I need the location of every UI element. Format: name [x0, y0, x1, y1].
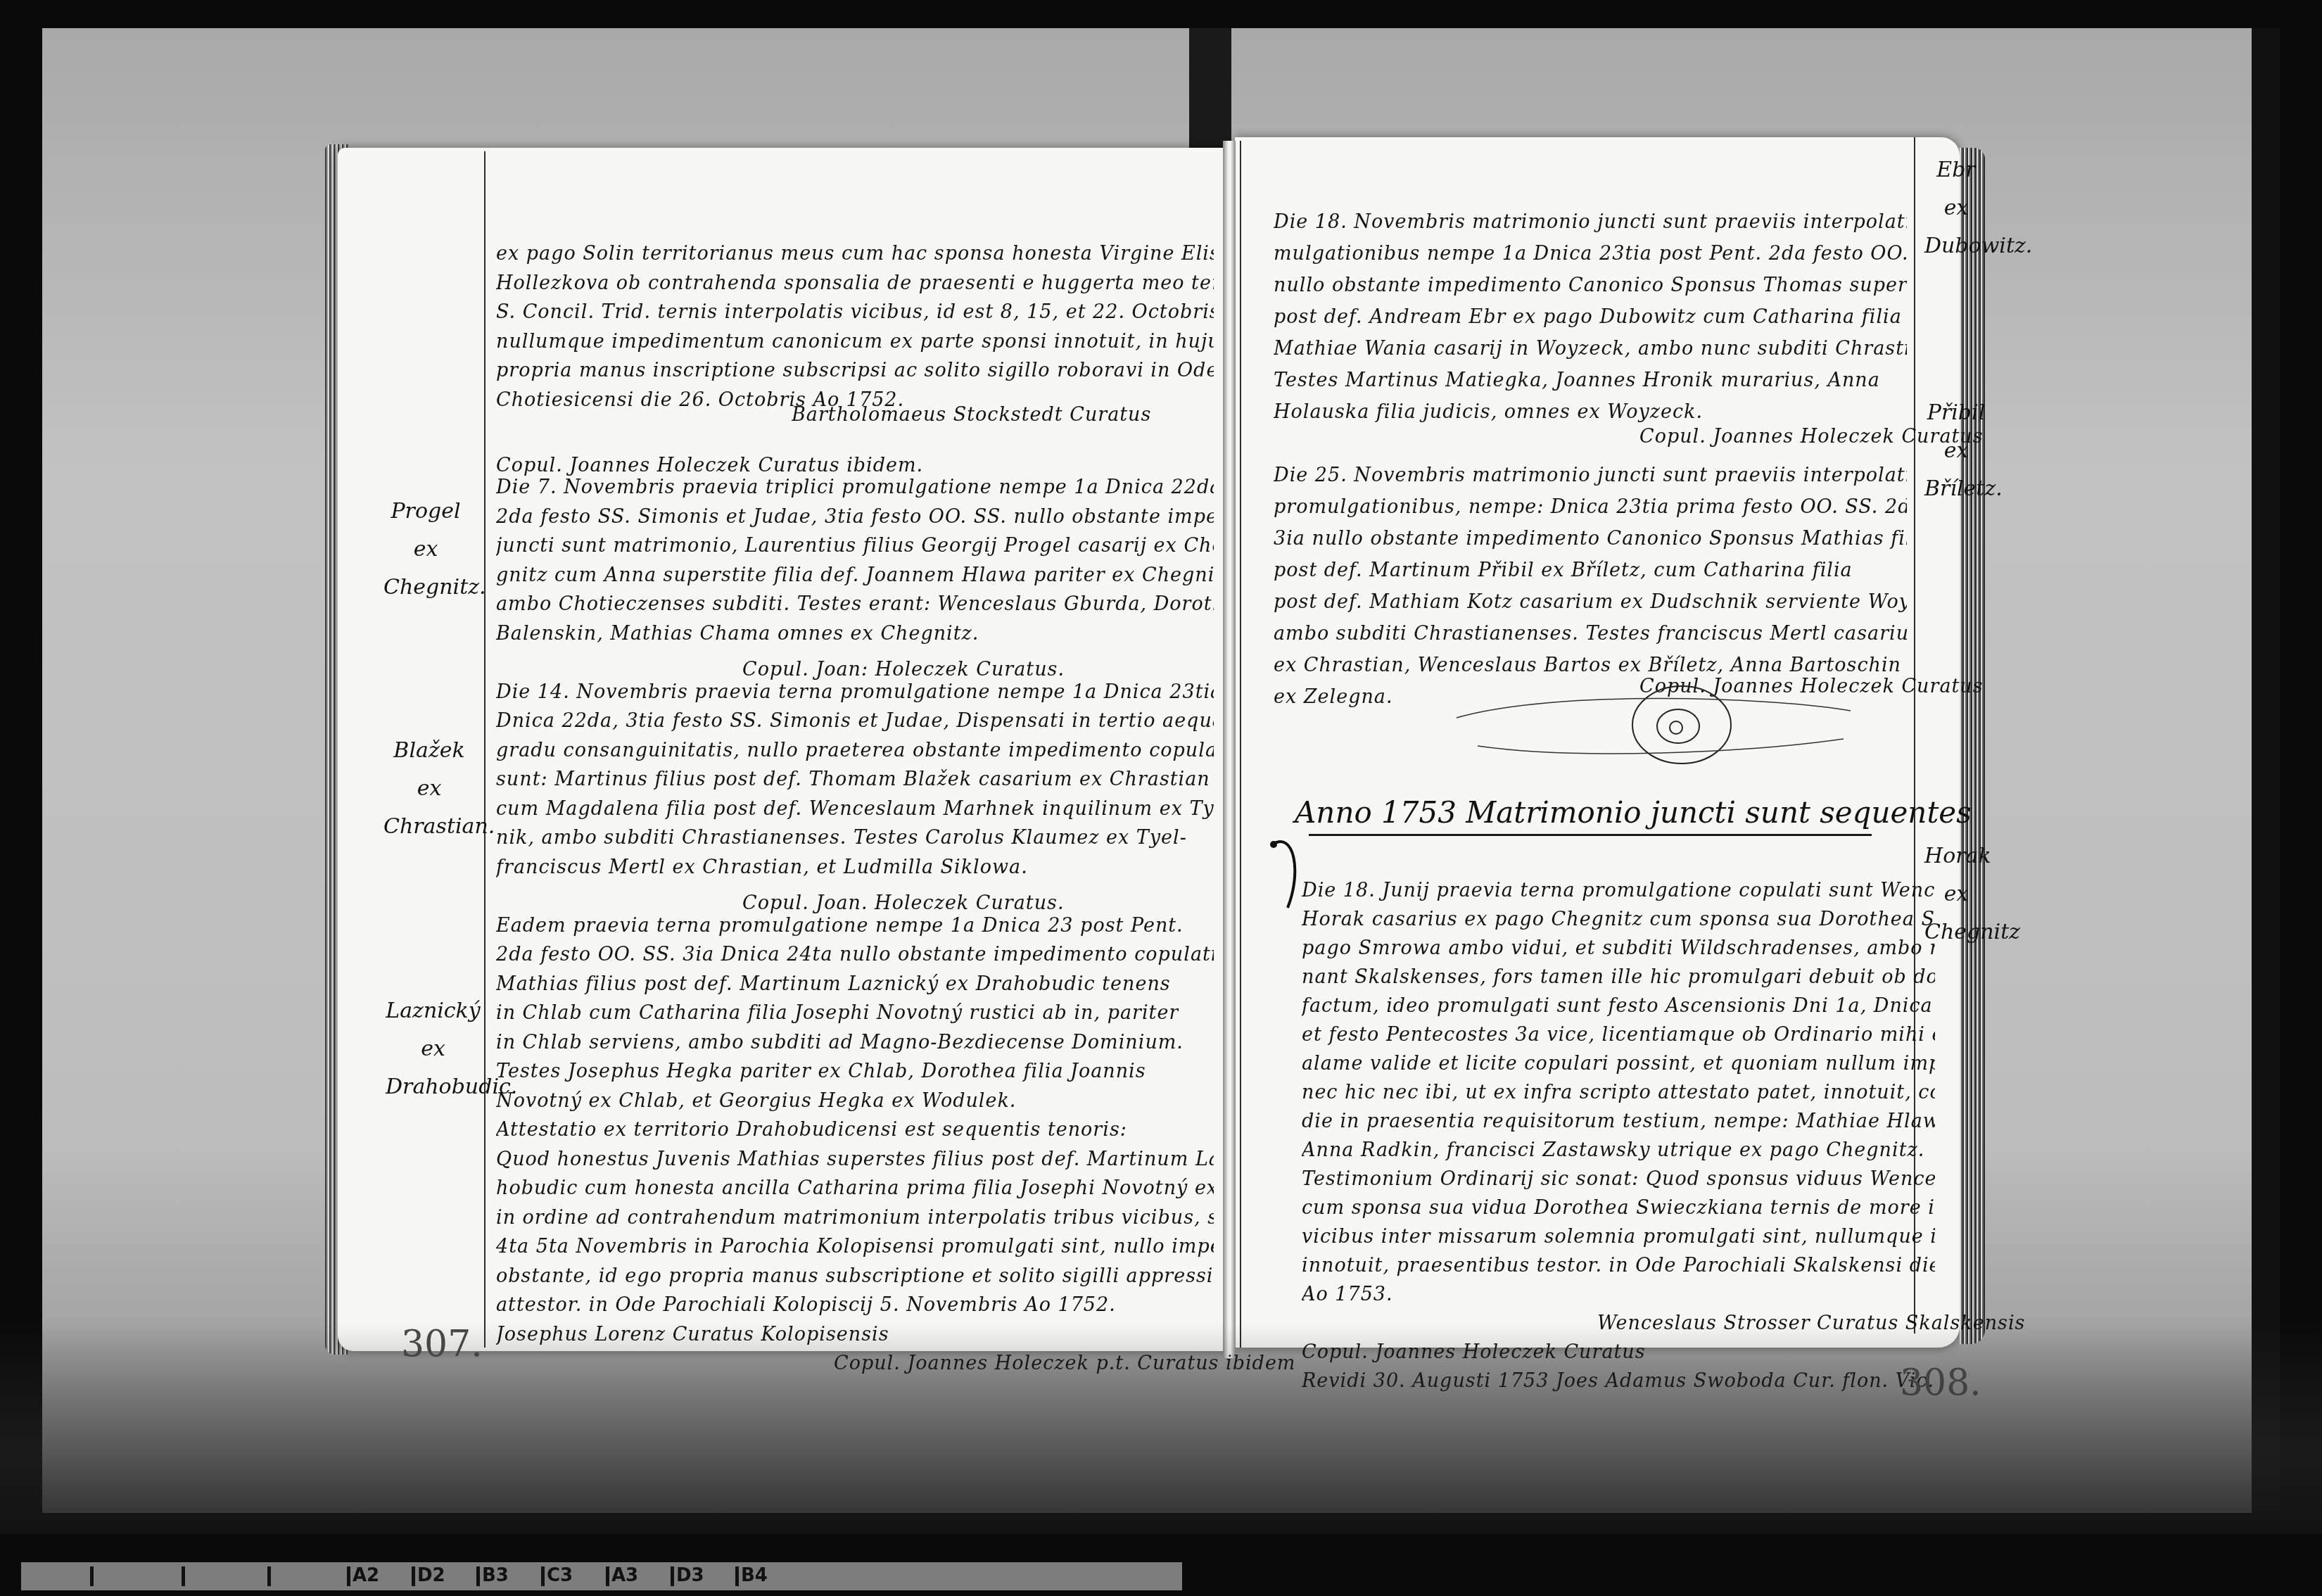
- margin-surname: Progel: [383, 493, 468, 531]
- margin-ex: ex: [383, 531, 468, 569]
- manuscript-line: post def. Mathiam Kotz casarium ex Dudsc…: [1274, 591, 1907, 613]
- manuscript-line: Balenskin, Mathias Chama omnes ex Chegni…: [496, 623, 979, 645]
- strip-tick: [90, 1566, 94, 1586]
- manuscript-line: Copul. Joannes Holeczek Curatus ibidem.: [496, 455, 923, 476]
- manuscript-line: Attestatio ex territorio Drahobudicensi …: [496, 1119, 1127, 1141]
- margin-ex: ex: [383, 770, 475, 808]
- paragraph-mark-icon: [1267, 830, 1309, 915]
- manuscript-line: Horak casarius ex pago Chegnitz cum spon…: [1302, 908, 1935, 930]
- manuscript-line: obstante, id ego propria manus subscript…: [496, 1265, 1214, 1287]
- manuscript-line: 2da festo OO. SS. 3ia Dnica 24ta nullo o…: [496, 944, 1214, 965]
- manuscript-line: Anna Radkin, francisci Zastawsky utrique…: [1302, 1139, 1924, 1161]
- manuscript-line: ex pago Solin territorianus meus cum hac…: [496, 243, 1214, 265]
- calibration-label: C3: [547, 1565, 573, 1586]
- manuscript-line: Hollezkova ob contrahenda sponsalia de p…: [496, 272, 1214, 294]
- margin-surname: Horak: [1924, 837, 1988, 875]
- manuscript-line: nant Skalskenses, fors tamen ille hic pr…: [1302, 966, 1935, 988]
- manuscript-line: vicibus inter missarum solemnia promulga…: [1302, 1226, 1935, 1248]
- margin-surname: Blažek: [383, 732, 475, 770]
- calibration-label: B3: [482, 1565, 509, 1586]
- strip-tick: [671, 1566, 674, 1586]
- manuscript-line: ambo Chotieczenses subditi. Testes erant…: [496, 593, 1214, 615]
- manuscript-line: ex Zelegna.: [1274, 686, 1393, 708]
- strip-tick: [476, 1566, 480, 1586]
- margin-surname: Ebr: [1924, 151, 1988, 189]
- manuscript-line: nec hic nec ibi, ut ex infra scripto att…: [1302, 1082, 1935, 1103]
- manuscript-line: mulgationibus nempe 1a Dnica 23tia post …: [1274, 243, 1907, 265]
- heading-underline: [1309, 834, 1872, 836]
- margin-village: Drahobudic.: [386, 1068, 481, 1106]
- strip-tick: [347, 1566, 350, 1586]
- right-page-edges: [1960, 148, 1985, 1344]
- margin-village: Chegnitz.: [383, 569, 468, 607]
- right-inner-rule: [1240, 141, 1241, 1348]
- calibration-label: D2: [417, 1565, 445, 1586]
- manuscript-line: Testes Martinus Matiegka, Joannes Hronik…: [1274, 369, 1880, 391]
- margin-surname: Laznický: [386, 992, 481, 1030]
- manuscript-line: cum Magdalena filia post def. Wenceslaum…: [496, 798, 1214, 820]
- strip-tick: [606, 1566, 609, 1586]
- manuscript-line: cum sponsa sua vidua Dorothea Swieczkian…: [1302, 1197, 1935, 1219]
- calibration-strip: [21, 1562, 1182, 1590]
- manuscript-line: nullo obstante impedimento Canonico Spon…: [1274, 274, 1907, 296]
- manuscript-line: in Chlab cum Catharina filia Josephi Nov…: [496, 1002, 1179, 1024]
- manuscript-line: Eadem praevia terna promulgatione nempe …: [496, 915, 1184, 937]
- calibration-label: A2: [353, 1565, 379, 1586]
- strip-tick: [182, 1566, 185, 1586]
- manuscript-line: Die 25. Novembris matrimonio juncti sunt…: [1274, 464, 1907, 486]
- strip-tick: [541, 1566, 545, 1586]
- margin-ex: ex: [1924, 189, 1988, 227]
- manuscript-line: post def. Martinum Přibil ex Bříletz, cu…: [1274, 559, 1853, 581]
- manuscript-line: Die 7. Novembris praevia triplici promul…: [496, 476, 1214, 498]
- manuscript-line: juncti sunt matrimonio, Laurentius filiu…: [496, 535, 1214, 557]
- margin-ex: ex: [386, 1030, 481, 1068]
- manuscript-line: S. Concil. Trid. ternis interpolatis vic…: [496, 301, 1214, 323]
- manuscript-line: propria manus inscriptione subscripsi ac…: [496, 360, 1214, 381]
- manuscript-line: alame valide et licite copulari possint,…: [1302, 1053, 1935, 1075]
- margin-entry: Ebr ex Dubowitz.: [1924, 151, 1988, 265]
- manuscript-line: in ordine ad contrahendum matrimonium in…: [496, 1207, 1214, 1229]
- manuscript-line: in Chlab serviens, ambo subditi ad Magno…: [496, 1032, 1184, 1053]
- manuscript-line: Novotný ex Chlab, et Georgius Hegka ex W…: [496, 1090, 1016, 1112]
- book-gutter: [1223, 141, 1236, 1358]
- manuscript-line: Copul. Joan. Holeczek Curatus.: [742, 892, 1065, 914]
- margin-village: Bříletz.: [1924, 470, 1988, 508]
- manuscript-line: promulgationibus, nempe: Dnica 23tia pri…: [1274, 496, 1907, 518]
- manuscript-line: innotuit, praesentibus testor. in Ode Pa…: [1302, 1255, 1935, 1277]
- margin-entry: Laznický ex Drahobudic.: [386, 992, 481, 1106]
- manuscript-line: ambo subditi Chrastianenses. Testes fran…: [1274, 623, 1907, 645]
- manuscript-line: die in praesentia requisitorum testium, …: [1302, 1110, 1935, 1132]
- manuscript-line: Bartholomaeus Stockstedt Curatus: [792, 404, 1151, 426]
- signature-flourish-icon: [1449, 676, 1858, 774]
- manuscript-line: et festo Pentecostes 3a vice, licentiamq…: [1302, 1024, 1935, 1046]
- manuscript-line: 2da festo SS. Simonis et Judae, 3tia fes…: [496, 506, 1214, 528]
- scanner-bed-shadow: [0, 1323, 2322, 1534]
- manuscript-line: Quod honestus Juvenis Mathias superstes …: [496, 1148, 1214, 1170]
- manuscript-line: gradu consanguinitatis, nullo praeterea …: [496, 740, 1214, 761]
- manuscript-line: Ao 1753.: [1302, 1284, 1393, 1305]
- manuscript-line: factum, ideo promulgati sunt festo Ascen…: [1302, 995, 1935, 1017]
- manuscript-line: Mathias filius post def. Martinum Laznic…: [496, 973, 1171, 995]
- manuscript-line: ex Chrastian, Wenceslaus Bartos ex Bříle…: [1274, 654, 1901, 676]
- manuscript-line: Die 14. Novembris praevia terna promulga…: [496, 681, 1214, 703]
- manuscript-line: post def. Andream Ebr ex pago Dubowitz c…: [1274, 306, 1902, 328]
- manuscript-line: Die 18. Novembris matrimonio juncti sunt…: [1274, 211, 1907, 233]
- manuscript-line: 3ia nullo obstante impedimento Canonico …: [1274, 528, 1907, 550]
- manuscript-line: Holauska filia judicis, omnes ex Woyzeck…: [1274, 401, 1703, 423]
- manuscript-line: Testimonium Ordinarij sic sonat: Quod sp…: [1302, 1168, 1935, 1190]
- manuscript-line: franciscus Mertl ex Chrastian, et Ludmil…: [496, 856, 1028, 878]
- manuscript-line: Dnica 22da, 3tia festo SS. Simonis et Ju…: [496, 710, 1214, 732]
- margin-village: Chrastian.: [383, 808, 475, 846]
- margin-village: Dubowitz.: [1924, 227, 1988, 265]
- margin-entry: Přibil ex Bříletz.: [1924, 394, 1988, 508]
- margin-entry: Blažek ex Chrastian.: [383, 732, 475, 846]
- left-margin-rule: [484, 151, 486, 1348]
- strip-tick: [412, 1566, 415, 1586]
- strip-tick: [267, 1566, 271, 1586]
- margin-entry: Progel ex Chegnitz.: [383, 493, 468, 607]
- calibration-label: D3: [676, 1565, 704, 1586]
- manuscript-line: hobudic cum honesta ancilla Catharina pr…: [496, 1177, 1214, 1199]
- manuscript-line: Copul. Joannes Holeczek Curatus: [1639, 426, 1984, 448]
- manuscript-line: 4ta 5ta Novembris in Parochia Kolopisens…: [496, 1236, 1214, 1258]
- manuscript-line: Testes Josephus Hegka pariter ex Chlab, …: [496, 1060, 1146, 1082]
- manuscript-line: attestor. in Ode Parochiali Kolopiscij 5…: [496, 1294, 1116, 1316]
- manuscript-line: Mathiae Wania casarij in Woyzeck, ambo n…: [1274, 338, 1907, 360]
- manuscript-line: gnitz cum Anna superstite filia def. Joa…: [496, 564, 1214, 586]
- manuscript-line: Die 18. Junij praevia terna promulgation…: [1302, 880, 1935, 901]
- manuscript-line: pago Smrowa ambo vidui, et subditi Wilds…: [1302, 937, 1935, 959]
- strip-tick: [735, 1566, 739, 1586]
- calibration-label: A3: [611, 1565, 638, 1586]
- manuscript-line: sunt: Martinus filius post def. Thomam B…: [496, 768, 1210, 790]
- calibration-label: B4: [741, 1565, 768, 1586]
- scan-border: [2252, 28, 2280, 1513]
- section-heading-1753: Anno 1753 Matrimonio juncti sunt sequent…: [1295, 795, 1972, 830]
- manuscript-line: nik, ambo subditi Chrastianenses. Testes…: [496, 827, 1187, 849]
- manuscript-line: nullumque impedimentum canonicum ex part…: [496, 331, 1214, 353]
- spine-shadow: [1189, 28, 1231, 155]
- manuscript-line: Copul. Joan: Holeczek Curatus.: [742, 659, 1065, 680]
